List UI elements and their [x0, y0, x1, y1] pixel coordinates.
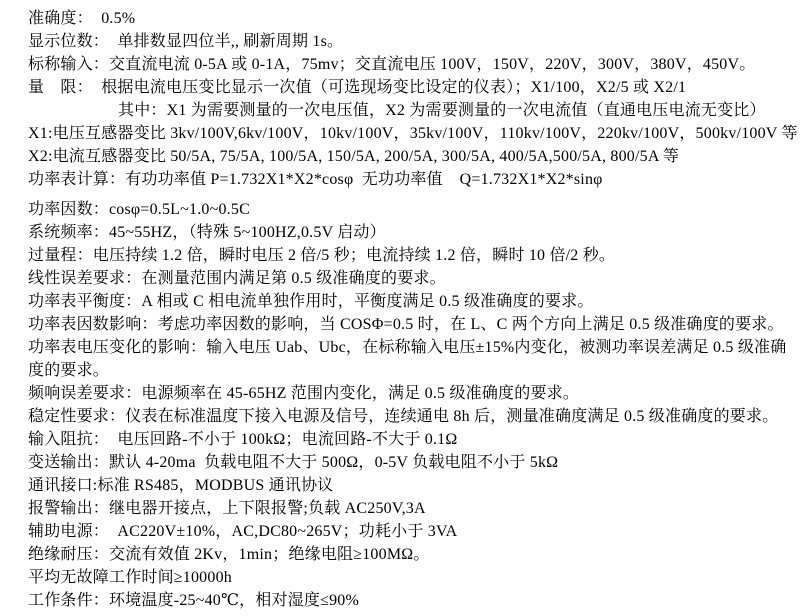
spec-line-linearity-error: 线性误差要求：在测量范围内满足第 0.5 级准确度的要求。: [28, 267, 804, 290]
spec-line-power-calc: 功率表计算：有功功率值 P=1.732X1*X2*cosφ 无功功率值 Q=1.…: [28, 168, 804, 191]
spec-line-display-digits: 显示位数： 单排数显四位半,, 刷新周期 1s。: [28, 30, 804, 53]
spec-line-insulation-withstand: 绝缘耐压：交流有效值 2Kv，1min；绝缘电阻≥100MΩ。: [28, 543, 804, 566]
spec-line-frequency-response-error: 频响误差要求：电源频率在 45-65HZ 范围内变化，满足 0.5 级准确度的要…: [28, 382, 804, 405]
spec-line-range: 量 限： 根据电流电压变比显示一次值（可选现场变比设定的仪表）；X1/100，X…: [28, 76, 804, 99]
spec-line-voltage-variation-influence-cont: 度的要求。: [28, 359, 804, 382]
spec-line-overrange: 过量程：电压持续 1.2 倍，瞬时电压 2 倍/5 秒；电流持续 1.2 倍，瞬…: [28, 244, 804, 267]
spec-line-nominal-input: 标称输入：交直流电流 0-5A 或 0-1A，75mv；交直流电压 100V，1…: [28, 53, 804, 76]
spec-line-power-factor: 功率因数：cosφ=0.5L~1.0~0.5C: [28, 198, 804, 221]
spec-line-working-conditions: 工作条件：环境温度-25~40℃，相对湿度≤90%: [28, 589, 804, 612]
spec-line-accuracy: 准确度： 0.5%: [28, 7, 804, 30]
spec-line-x1-pt-ratio: X1:电压互感器变比 3kv/100V,6kv/100V，10kv/100V，3…: [28, 122, 804, 145]
spec-line-alarm-output: 报警输出：继电器开接点，上下限报警;负载 AC250V,3A: [28, 497, 804, 520]
spec-line-communication-interface: 通讯接口:标准 RS485，MODBUS 通讯协议: [28, 474, 804, 497]
spec-line-power-factor-influence: 功率表因数影响：考虑功率因数的影响，当 COSΦ=0.5 时，在 L、C 两个方…: [28, 313, 804, 336]
spec-line-x2-ct-ratio: X2:电流互感器变比 50/5A, 75/5A, 100/5A, 150/5A,…: [28, 145, 804, 168]
spec-line-range-note: 其中：X1 为需要测量的一次电压值，X2 为需要测量的一次电流值（直通电压电流无…: [28, 99, 804, 122]
spec-line-power-balance: 功率表平衡度：A 相或 C 相电流单独作用时，平衡度满足 0.5 级准确度的要求…: [28, 290, 804, 313]
spec-line-stability: 稳定性要求：仪表在标准温度下接入电源及信号，连续通电 8h 后，测量准确度满足 …: [28, 405, 804, 428]
spec-line-mtbf: 平均无故障工作时间≥10000h: [28, 566, 804, 589]
spec-line-voltage-variation-influence: 功率表电压变化的影响：输入电压 Uab、Ubc，在标称输入电压±15%内变化，被…: [28, 336, 804, 359]
spec-line-transmitting-output: 变送输出：默认 4-20ma 负载电阻不大于 500Ω，0-5V 负载电阻不小于…: [28, 451, 804, 474]
spec-line-system-frequency: 系统频率：45~55HZ，（特殊 5~100HZ,0.5V 启动）: [28, 221, 804, 244]
spec-line-input-impedance: 输入阻抗： 电压回路-不小于 100kΩ；电流回路-不大于 0.1Ω: [28, 428, 804, 451]
spec-line-auxiliary-power: 辅助电源： AC220V±10%，AC,DC80~265V；功耗小于 3VA: [28, 520, 804, 543]
spec-document: 准确度： 0.5% 显示位数： 单排数显四位半,, 刷新周期 1s。 标称输入：…: [0, 0, 810, 612]
